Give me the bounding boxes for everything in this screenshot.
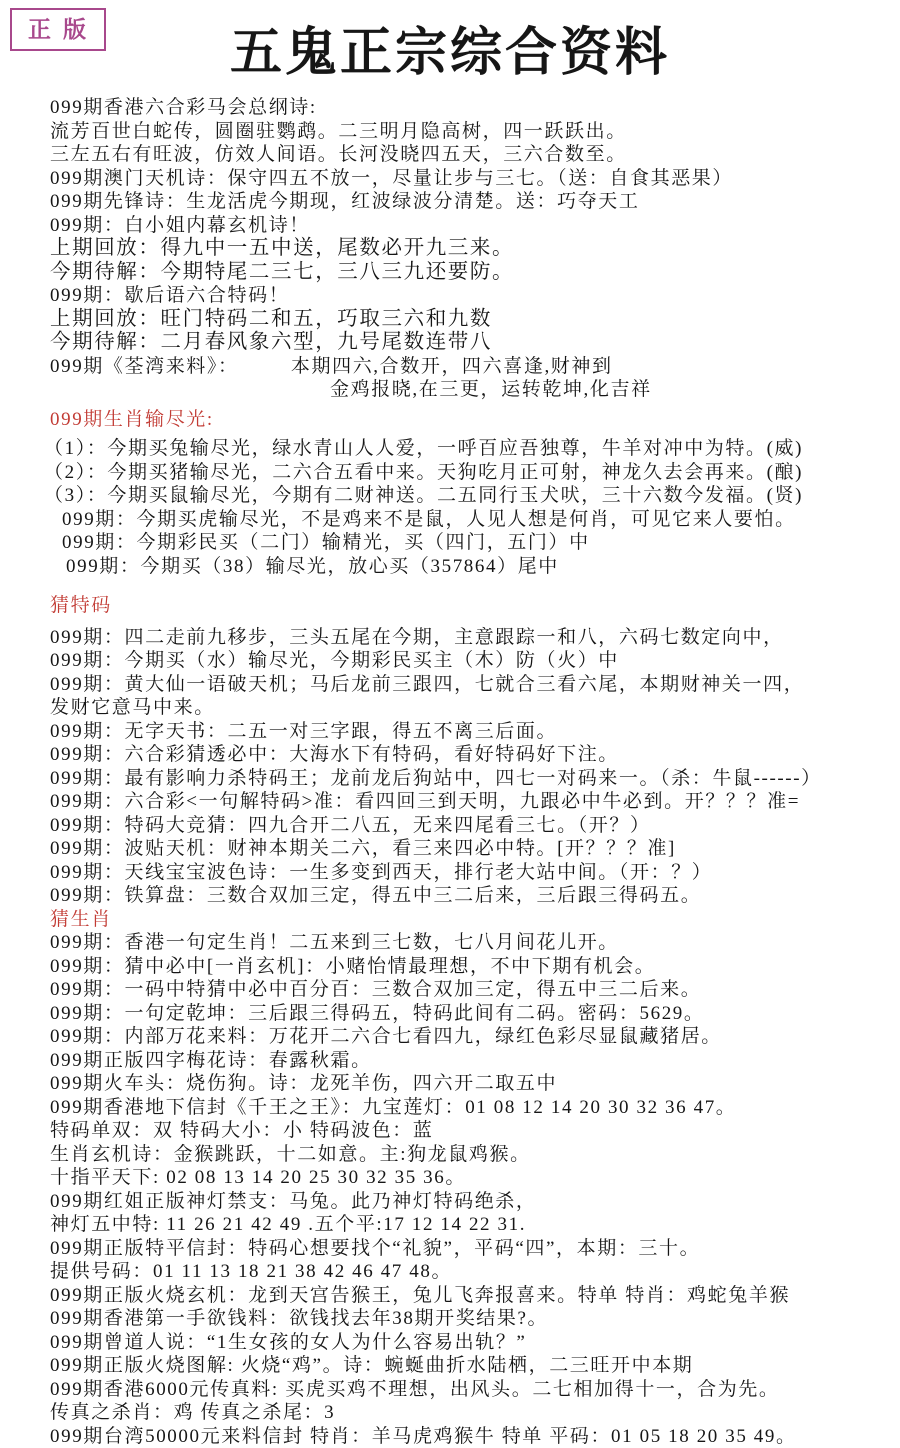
text-line: 上期回放：旺门特码二和五，巧取三六和九数: [50, 308, 900, 332]
text-line: 099期：歇后语六合特码！: [50, 284, 900, 308]
text-line: 099期生肖输尽光:: [50, 408, 900, 432]
text-line: 发财它意马中来。: [50, 696, 900, 720]
text-line: 099期：无字天书：二五一对三字跟，得五不离三后面。: [50, 720, 900, 744]
text-line: 神灯五中特: 11 26 21 42 49 .五个平:17 12 14 22 3…: [50, 1213, 900, 1237]
text-line: 099期香港地下信封《千王之王》：九宝莲灯：01 08 12 14 20 30 …: [50, 1096, 900, 1120]
text-line: （2）：今期买猪输尽光，二六合五看中来。天狗吃月正可射，神龙久去会再来。(酿): [44, 461, 900, 485]
text-line: 特码单双：双 特码大小：小 特码波色：蓝: [50, 1119, 900, 1143]
text-line: 099期：黄大仙一语破天机；马后龙前三跟四，七就合三看六尾，本期财神关一四，: [50, 673, 900, 697]
text-line: 今期待解：二月春风象六型，九号尾数连带八: [50, 331, 900, 355]
text-line: 三左五右有旺波，仿效人间语。长河没晓四五天，三六合数至。: [50, 143, 900, 167]
text-line: 099期正版四字梅花诗：春露秋霜。: [50, 1049, 900, 1073]
text-line: 099期：天线宝宝波色诗：一生多变到西天，排行老大站中间。（开：？）: [50, 861, 900, 885]
text-line: 生肖玄机诗：金猴跳跃，十二如意。主:狗龙鼠鸡猴。: [50, 1143, 900, 1167]
text-line: 099期：猜中必中[一肖玄机]：小赌怡情最理想，不中下期有机会。: [50, 955, 900, 979]
document-page: { "badge": {"label": "正版"}, "title": "五鬼…: [0, 0, 900, 1448]
text-line: （1）：今期买兔输尽光，绿水青山人人爱，一呼百应吾独尊，牛羊对冲中为特。(威): [44, 437, 900, 461]
text-line: 上期回放：得九中一五中送，尾数必开九三来。: [50, 237, 900, 261]
page-title: 五鬼正宗综合资料: [0, 0, 900, 88]
authentic-badge: 正版: [10, 8, 106, 51]
text-line: 099期：一句定乾坤：三后跟三得码五，特码此间有二码。密码：5629。: [50, 1002, 900, 1026]
text-line: 099期：白小姐内幕玄机诗！: [50, 214, 900, 238]
text-line: 099期正版火烧图解: 火烧“鸡”。诗：蜿蜒曲折水陆栖，二三旺开中本期: [50, 1354, 900, 1378]
content-lines: 099期香港六合彩马会总纲诗:流芳百世白蛇传，圆圈驻鹦鹉。二三明月隐高树，四一跃…: [50, 96, 900, 1448]
text-line: （3）：今期买鼠输尽光，今期有二财神送。二五同行玉犬吠，三十六数今发福。(贤): [44, 484, 900, 508]
text-line: 099期：一码中特猜中必中百分百：三数合双加三定，得五中三二后来。: [50, 978, 900, 1002]
text-line: 099期：铁算盘：三数合双加三定，得五中三二后来，三后跟三得码五。: [50, 884, 900, 908]
text-line: 提供号码：01 11 13 18 21 38 42 46 47 48。: [50, 1260, 900, 1284]
text-line: 099期：香港一句定生肖！二五来到三七数，七八月间花儿开。: [50, 931, 900, 955]
text-line: 传真之杀肖：鸡 传真之杀尾：3: [50, 1401, 900, 1425]
text-line: 099期：六合彩猜透必中：大海水下有特码，看好特码好下注。: [50, 743, 900, 767]
text-line: 099期澳门天机诗：保守四五不放一，尽量让步与三七。（送：自食其恶果）: [50, 167, 900, 191]
text-line: 099期《荃湾来料》： 本期四六,合数开，四六喜逢,财神到: [50, 355, 900, 379]
text-line: 099期：六合彩<一句解特码>准：看四回三到天明，九跟必中牛必到。开？？？准=: [50, 790, 900, 814]
text-line: 099期台湾50000元来料信封 特肖：羊马虎鸡猴牛 特单 平码：01 05 1…: [50, 1425, 900, 1448]
text-line: 099期正版特平信封：特码心想要找个“礼貌”，平码“四”，本期：三十。: [50, 1237, 900, 1261]
text-line: 099期：最有影响力杀特码王；龙前龙后狗站中，四七一对码来一。（杀：牛鼠----…: [50, 767, 900, 791]
text-line: 099期：今期彩民买（二门）输精光，买（四门，五门）中: [62, 531, 900, 555]
text-line: 金鸡报晓,在三更，运转乾坤,化吉祥: [330, 378, 900, 402]
text-line: 猜特码: [50, 594, 900, 618]
text-line: 099期：波贴天机：财神本期关二六，看三来四必中特。[开？？？准]: [50, 837, 900, 861]
text-line: 猜生肖: [50, 908, 900, 932]
text-line: 099期：今期买虎输尽光，不是鸡来不是鼠，人见人想是何肖，可见它来人要怕。: [62, 508, 900, 532]
text-line: 099期：内部万花来料：万花开二六合七看四九，绿红色彩尽显鼠藏猪居。: [50, 1025, 900, 1049]
text-line: 099期香港第一手欲钱料：欲钱找去年38期开奖结果?。: [50, 1307, 900, 1331]
text-line: 099期火车头：烧伤狗。诗：龙死羊伤，四六开二取五中: [50, 1072, 900, 1096]
text-line: 099期：特码大竞猜：四九合开二八五，无来四尾看三七。（开？）: [50, 814, 900, 838]
text-line: 099期：今期买（38）输尽光，放心买（357864）尾中: [66, 555, 900, 579]
text-line: 099期：今期买（水）输尽光，今期彩民买主（木）防（火）中: [50, 649, 900, 673]
text-line: 今期待解：今期特尾二三七，三八三九还要防。: [50, 261, 900, 285]
text-line: 099期先锋诗：生龙活虎今期现，红波绿波分清楚。送：巧夺天工: [50, 190, 900, 214]
text-line: 099期香港6000元传真料: 买虎买鸡不理想，出风头。二七相加得十一，合为先。: [50, 1378, 900, 1402]
text-line: 十指平天下: 02 08 13 14 20 25 30 32 35 36。: [50, 1166, 900, 1190]
text-line: 099期正版火烧玄机：龙到天宫告猴王，兔儿飞奔报喜来。特单 特肖：鸡蛇兔羊猴: [50, 1284, 900, 1308]
text-line: 099期：四二走前九移步，三头五尾在今期，主意跟踪一和八，六码七数定向中，: [50, 626, 900, 650]
text-line: 099期红姐正版神灯禁支：马兔。此乃神灯特码绝杀，: [50, 1190, 900, 1214]
text-line: 099期曾道人说：“1生女孩的女人为什么容易出轨？”: [50, 1331, 900, 1355]
text-line: 099期香港六合彩马会总纲诗:: [50, 96, 900, 120]
text-line: 流芳百世白蛇传，圆圈驻鹦鹉。二三明月隐高树，四一跃跃出。: [50, 120, 900, 144]
